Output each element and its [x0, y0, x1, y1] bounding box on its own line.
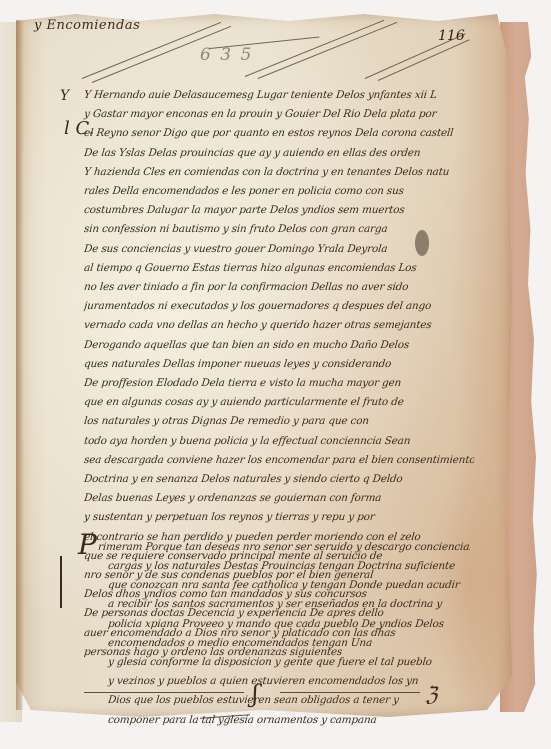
text-line: y Gastar mayor enconas en la prouin y Go… [83, 105, 475, 124]
text-line: los naturales y otras Dignas De remedio … [83, 412, 475, 431]
text-line: juramentados ni executados y los gouerna… [83, 297, 475, 316]
text-line: rales Della encomendados e les poner en … [83, 182, 475, 201]
text-line: rimeram Porque tan deseas nro senor ser … [97, 538, 471, 557]
text-line: al tiempo q Gouerno Estas tierras hizo a… [83, 259, 475, 278]
pencil-number: 6 3 5 [200, 45, 253, 65]
margin-bar [60, 556, 62, 608]
text-line: Y hazienda Cles en comiendas con la doct… [83, 163, 475, 182]
text-line: Doctrina y en senanza Delos naturales y … [83, 470, 475, 489]
text-line: policia xpiana Proveeo y mando que cada … [107, 615, 471, 634]
text-line: sin confession ni bautismo y sin fruto D… [83, 220, 475, 239]
text-line: ques naturales Dellas imponer nueuas ley… [83, 355, 475, 374]
text-line: Y Hernando auie Delasaucemesg Lugar teni… [83, 86, 475, 105]
text-line: costumbres Dalugar la mayor parte Delos … [83, 201, 475, 220]
text-line: Dios que los pueblos estuvieren sean obl… [107, 691, 471, 710]
paragraph-2: rimeram Porque tan deseas nro senor ser … [98, 538, 470, 557]
text-line: De proffesion Elodado Dela tierra e vist… [83, 374, 475, 393]
closing-rule [280, 692, 420, 693]
text-line: que conozcan nra santa fee catholica y t… [107, 576, 471, 595]
left-edge-stain [16, 20, 24, 710]
text-line: no les aver tiniado a fin por la confirm… [83, 278, 475, 297]
text-line: que en algunas cosas ay y auiendo partic… [83, 393, 475, 412]
signature-flourish-right: ℨ [425, 682, 437, 706]
initial-letter-p: P [78, 528, 97, 561]
text-line: Derogando aquellas que tan bien an sido … [83, 336, 475, 355]
text-line: De sus conciencias y vuestro gouer Domin… [83, 240, 475, 259]
text-line: el Reyno senor Digo que por quanto en es… [83, 124, 475, 143]
text-line: sea descargada conviene hazer los encome… [83, 451, 475, 470]
text-line: a recibir los santos sacramentos y ser e… [107, 595, 471, 614]
text-line: Delas buenas Leyes y ordenanzas se gouie… [83, 489, 475, 508]
closing-rule [84, 692, 244, 693]
paragraph-2-body: cargas y los naturales Destas Prouincias… [108, 557, 470, 730]
corner-note: y Encomiendas [34, 18, 140, 33]
text-line: y glesia conforme la disposicion y gente… [107, 653, 471, 672]
text-line: encomendados o medio encomendados tengan… [107, 634, 471, 653]
text-line: y vezinos y pueblos a quien estuvieren e… [107, 672, 471, 691]
text-line: vernado cada vno dellas an hecho y queri… [83, 316, 475, 335]
text-line: todo aya horden y buena policia y la eff… [83, 432, 475, 451]
margin-mark-y: Y [60, 88, 69, 104]
text-line: cargas y los naturales Destas Prouincias… [107, 557, 471, 576]
text-line: componer para la tal yglesia ornamentos … [107, 711, 471, 730]
text-line: De las Yslas Delas prouincias que ay y a… [83, 144, 475, 163]
text-line: y sustentan y perpetuan los reynos y tie… [83, 508, 475, 527]
signature-flourish: ʃ [252, 680, 259, 708]
